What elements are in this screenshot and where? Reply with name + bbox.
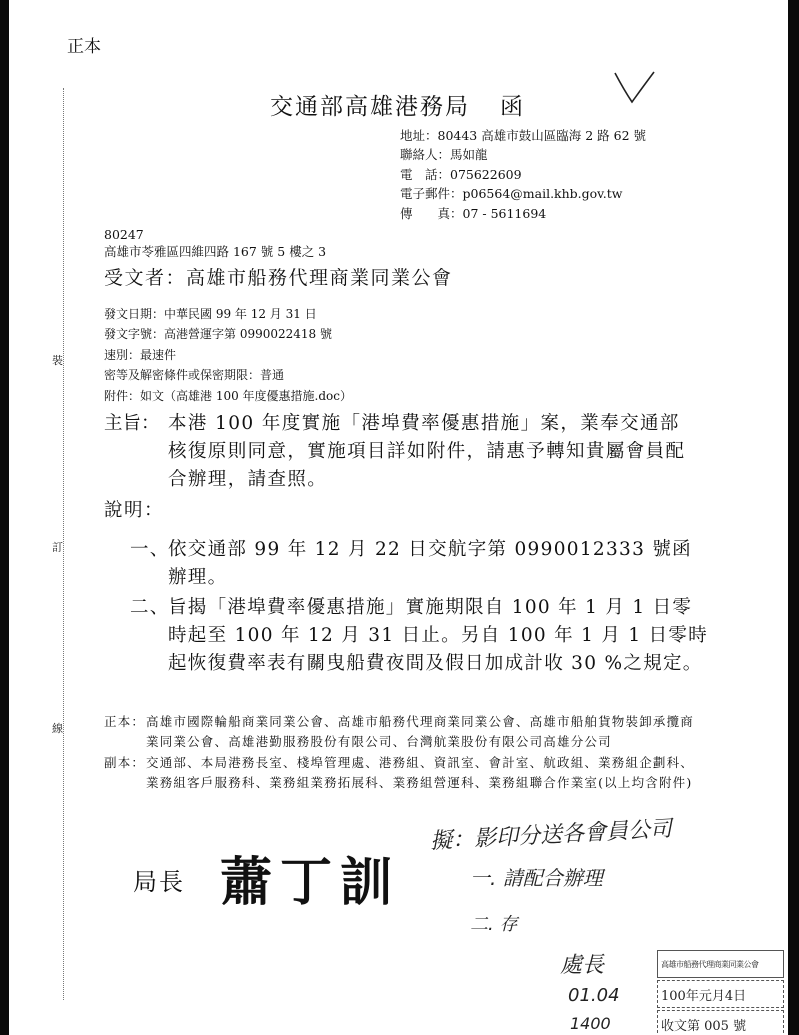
- subject-text: 本港 100 年度實施「港埠費率優惠措施」案，業奉交通部核復原則同意，實施項目詳…: [168, 410, 698, 494]
- binding-mark-ding: 訂: [52, 539, 63, 555]
- handwritten-signature: 處長: [560, 948, 604, 979]
- sender-address: 地址：80443 高雄市鼓山區臨海 2 路 62 號: [400, 126, 646, 145]
- binding-mark-zhuang: 裝: [52, 352, 63, 368]
- handwritten-time: 1400: [570, 1014, 611, 1033]
- binding-line: [63, 88, 64, 1000]
- explanation-list: 一、 依交通部 99 年 12 月 22 日交航字第 0990012333 號函…: [130, 536, 710, 680]
- original-recipients: 正本： 高雄市國際輪船商業同業公會、高雄市船務代理商業同業公會、高雄市船舶貨物裝…: [104, 712, 704, 752]
- attachment: 附件：如文（高雄港 100 年度優惠措施.doc）: [104, 386, 352, 406]
- handwritten-note: 擬：影印分送各會員公司: [429, 812, 672, 856]
- issue-date: 發文日期：中華民國 99 年 12 月 31 日: [104, 304, 352, 324]
- sender-contact-block: 地址：80443 高雄市鼓山區臨海 2 路 62 號 聯絡人：馬如龍 電 話：0…: [400, 126, 646, 223]
- recipient-address-block: 80247 高雄市苓雅區四維四路 167 號 5 樓之 3: [104, 226, 326, 260]
- item-number: 一、: [130, 536, 170, 564]
- phone: 電 話：075622609: [400, 165, 646, 184]
- copy-text: 交通部、本局港務長室、棧埠管理處、港務組、資訊室、會計室、航政組、業務組企劃科、…: [146, 755, 694, 790]
- stamp-header: 高雄市船務代理商業同業公會: [657, 950, 784, 978]
- checkmark-icon: [612, 70, 658, 110]
- stamp-date: 100年元月4日: [657, 980, 784, 1008]
- receipt-stamp: 高雄市船務代理商業同業公會 100年元月4日 收文第 005 號: [657, 950, 784, 1035]
- signer-title: 局長: [133, 862, 185, 897]
- handwritten-note: 一. 請配合辦理: [470, 862, 603, 891]
- signer-name-seal: 蕭丁訓: [220, 840, 400, 915]
- original-label: 正本：: [104, 712, 145, 732]
- recipient-address: 高雄市苓雅區四維四路 167 號 5 樓之 3: [104, 243, 326, 260]
- copy-recipients: 副本： 交通部、本局港務長室、棧埠管理處、港務組、資訊室、會計室、航政組、業務組…: [104, 753, 704, 793]
- distribution-list: 正本： 高雄市國際輪船商業同業公會、高雄市船務代理商業同業公會、高雄市船舶貨物裝…: [104, 712, 704, 794]
- item-number: 二、: [130, 594, 170, 622]
- explanation-item: 二、 旨揭「港埠費率優惠措施」實施期限自 100 年 1 月 1 日零時起至 1…: [130, 594, 710, 678]
- scan-edge-right: [788, 0, 799, 1035]
- explanation-label: 說明：: [104, 496, 164, 522]
- classification: 密等及解密條件或保密期限：普通: [104, 365, 352, 385]
- document-title: 交通部高雄港務局函: [270, 88, 525, 121]
- handwritten-date: 01.04: [568, 985, 620, 1006]
- priority: 速別：最速件: [104, 345, 352, 365]
- contact-person: 聯絡人：馬如龍: [400, 145, 646, 164]
- handwritten-note: 二. 存: [470, 910, 517, 936]
- fax: 傳 真：07 - 5611694: [400, 204, 646, 223]
- binding-mark-xian: 線: [52, 720, 63, 736]
- agency-name: 交通部高雄港務局: [270, 94, 470, 120]
- item-text: 依交通部 99 年 12 月 22 日交航字第 0990012333 號函辦理。: [168, 539, 692, 588]
- recipient-name: 受文者：高雄市船務代理商業同業公會: [104, 263, 453, 290]
- copy-label: 副本：: [104, 753, 145, 773]
- recipient-postal-code: 80247: [104, 226, 326, 243]
- stamp-number: 收文第 005 號: [657, 1010, 784, 1035]
- document-number: 發文字號：高港營運字第 0990022418 號: [104, 324, 352, 344]
- explanation-item: 一、 依交通部 99 年 12 月 22 日交航字第 0990012333 號函…: [130, 536, 710, 592]
- email: 電子郵件：p06564@mail.khb.gov.tw: [400, 184, 646, 203]
- original-text: 高雄市國際輪船商業同業公會、高雄市船務代理商業同業公會、高雄市船舶貨物裝卸承攬商…: [146, 714, 694, 749]
- subject-label: 主旨：: [104, 410, 160, 438]
- scan-edge-left: [0, 0, 9, 1035]
- document-meta: 發文日期：中華民國 99 年 12 月 31 日 發文字號：高港營運字第 099…: [104, 304, 352, 406]
- document-type: 函: [500, 94, 525, 120]
- item-text: 旨揭「港埠費率優惠措施」實施期限自 100 年 1 月 1 日零時起至 100 …: [168, 597, 708, 674]
- copy-label: 正本: [67, 32, 101, 57]
